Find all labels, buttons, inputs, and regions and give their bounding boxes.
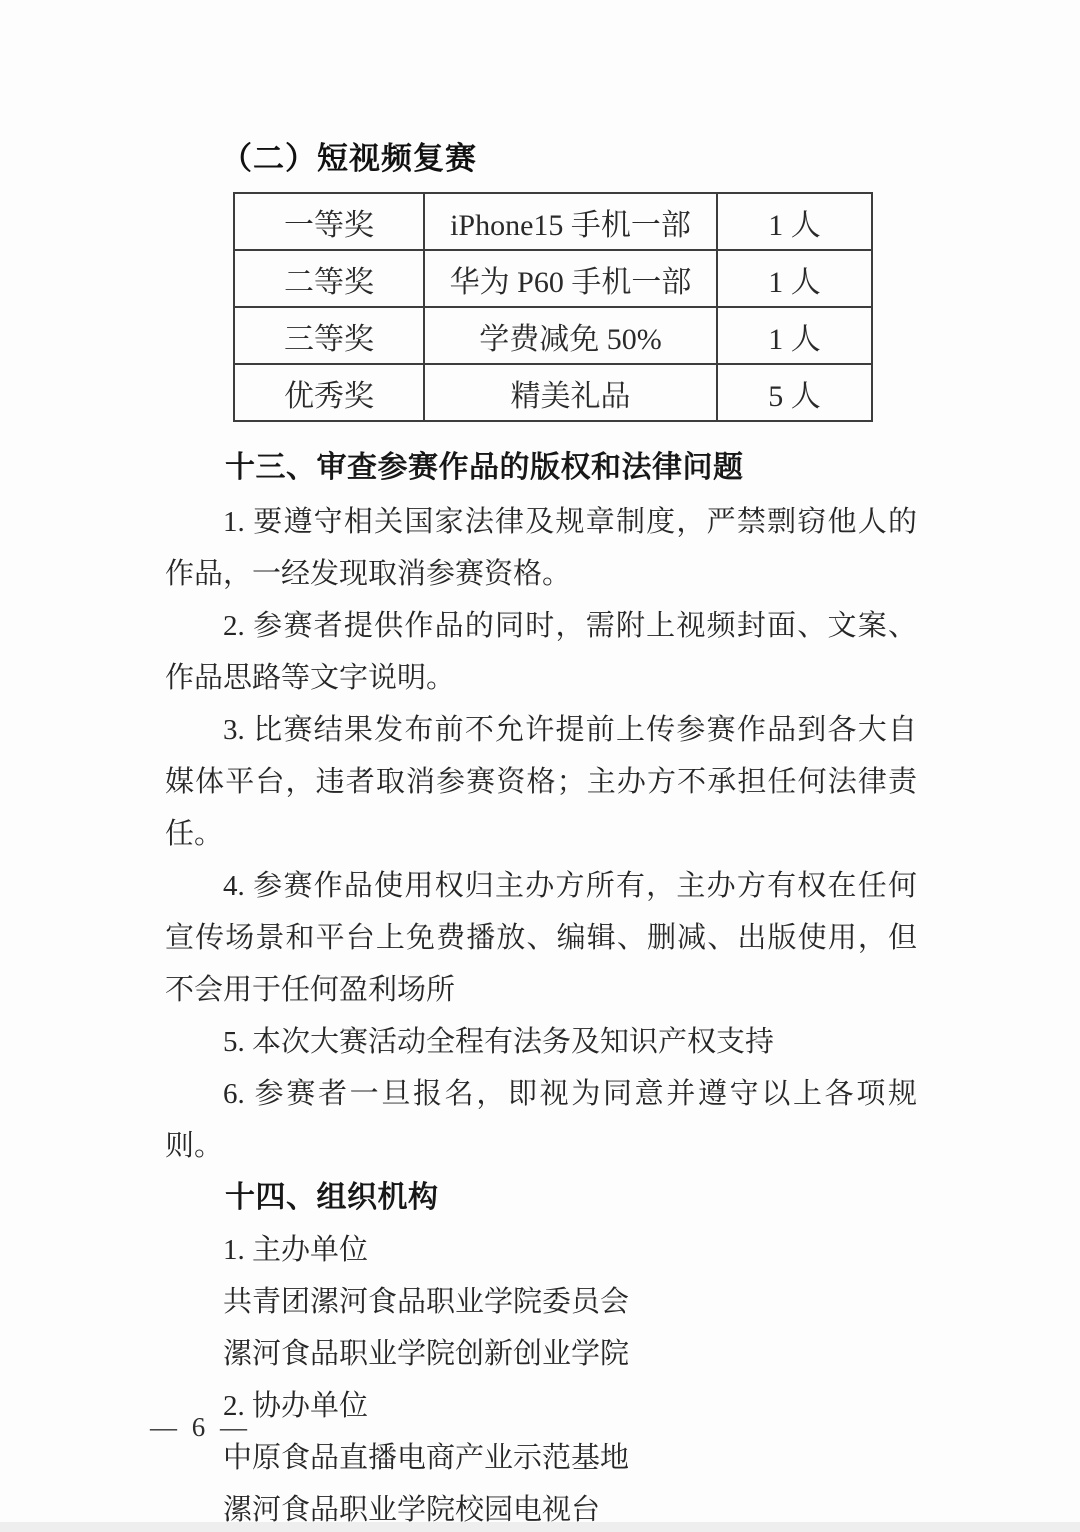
prize-tier-cell: 二等奖 — [234, 250, 424, 307]
section-13-heading: 十三、审查参赛作品的版权和法律问题 — [165, 442, 917, 494]
prize-item-cell: iPhone15 手机一部 — [424, 193, 717, 250]
prize-count-cell: 1 人 — [717, 250, 872, 307]
prize-item-cell: 学费减免 50% — [424, 307, 717, 364]
prize-count-cell: 1 人 — [717, 307, 872, 364]
prize-tier-cell: 一等奖 — [234, 193, 424, 250]
rule-paragraph-3: 3. 比赛结果发布前不允许提前上传参赛作品到各大自媒体平台，违者取消参赛资格；主… — [165, 704, 917, 860]
table-row: 二等奖 华为 P60 手机一部 1 人 — [234, 250, 872, 307]
prize-tier-cell: 优秀奖 — [234, 364, 424, 421]
page-content: （二）短视频复赛 一等奖 iPhone15 手机一部 1 人 二等奖 华为 P6… — [165, 140, 917, 1532]
rule-paragraph-4: 4. 参赛作品使用权归主办方所有，主办方有权在任何宣传场景和平台上免费播放、编辑… — [165, 860, 917, 1016]
prize-count-cell: 1 人 — [717, 193, 872, 250]
org-line-cohost-1: 中原食品直播电商产业示范基地 — [165, 1432, 917, 1484]
table-row: 一等奖 iPhone15 手机一部 1 人 — [234, 193, 872, 250]
rule-paragraph-6: 6. 参赛者一旦报名，即视为同意并遵守以上各项规则。 — [165, 1068, 917, 1172]
page-number: — 6 — — [150, 1412, 251, 1443]
prize-table: 一等奖 iPhone15 手机一部 1 人 二等奖 华为 P60 手机一部 1 … — [233, 192, 873, 422]
org-line-cohost-label: 2. 协办单位 — [165, 1380, 917, 1432]
rule-paragraph-2: 2. 参赛者提供作品的同时，需附上视频封面、文案、作品思路等文字说明。 — [165, 600, 917, 704]
table-row: 三等奖 学费减免 50% 1 人 — [234, 307, 872, 364]
prize-item-cell: 精美礼品 — [424, 364, 717, 421]
section-14-heading: 十四、组织机构 — [165, 1172, 917, 1224]
prize-tier-cell: 三等奖 — [234, 307, 424, 364]
rule-paragraph-5: 5. 本次大赛活动全程有法务及知识产权支持 — [165, 1016, 917, 1068]
short-video-final-heading: （二）短视频复赛 — [221, 140, 917, 178]
prize-count-cell: 5 人 — [717, 364, 872, 421]
prize-item-cell: 华为 P60 手机一部 — [424, 250, 717, 307]
document-page: （二）短视频复赛 一等奖 iPhone15 手机一部 1 人 二等奖 华为 P6… — [0, 0, 1080, 1532]
org-line-host-label: 1. 主办单位 — [165, 1224, 917, 1276]
rule-paragraph-1: 1. 要遵守相关国家法律及规章制度，严禁剽窃他人的作品，一经发现取消参赛资格。 — [165, 496, 917, 600]
bottom-edge-strip — [0, 1522, 1080, 1532]
org-line-host-2: 漯河食品职业学院创新创业学院 — [165, 1328, 917, 1380]
org-line-host-1: 共青团漯河食品职业学院委员会 — [165, 1276, 917, 1328]
table-row: 优秀奖 精美礼品 5 人 — [234, 364, 872, 421]
